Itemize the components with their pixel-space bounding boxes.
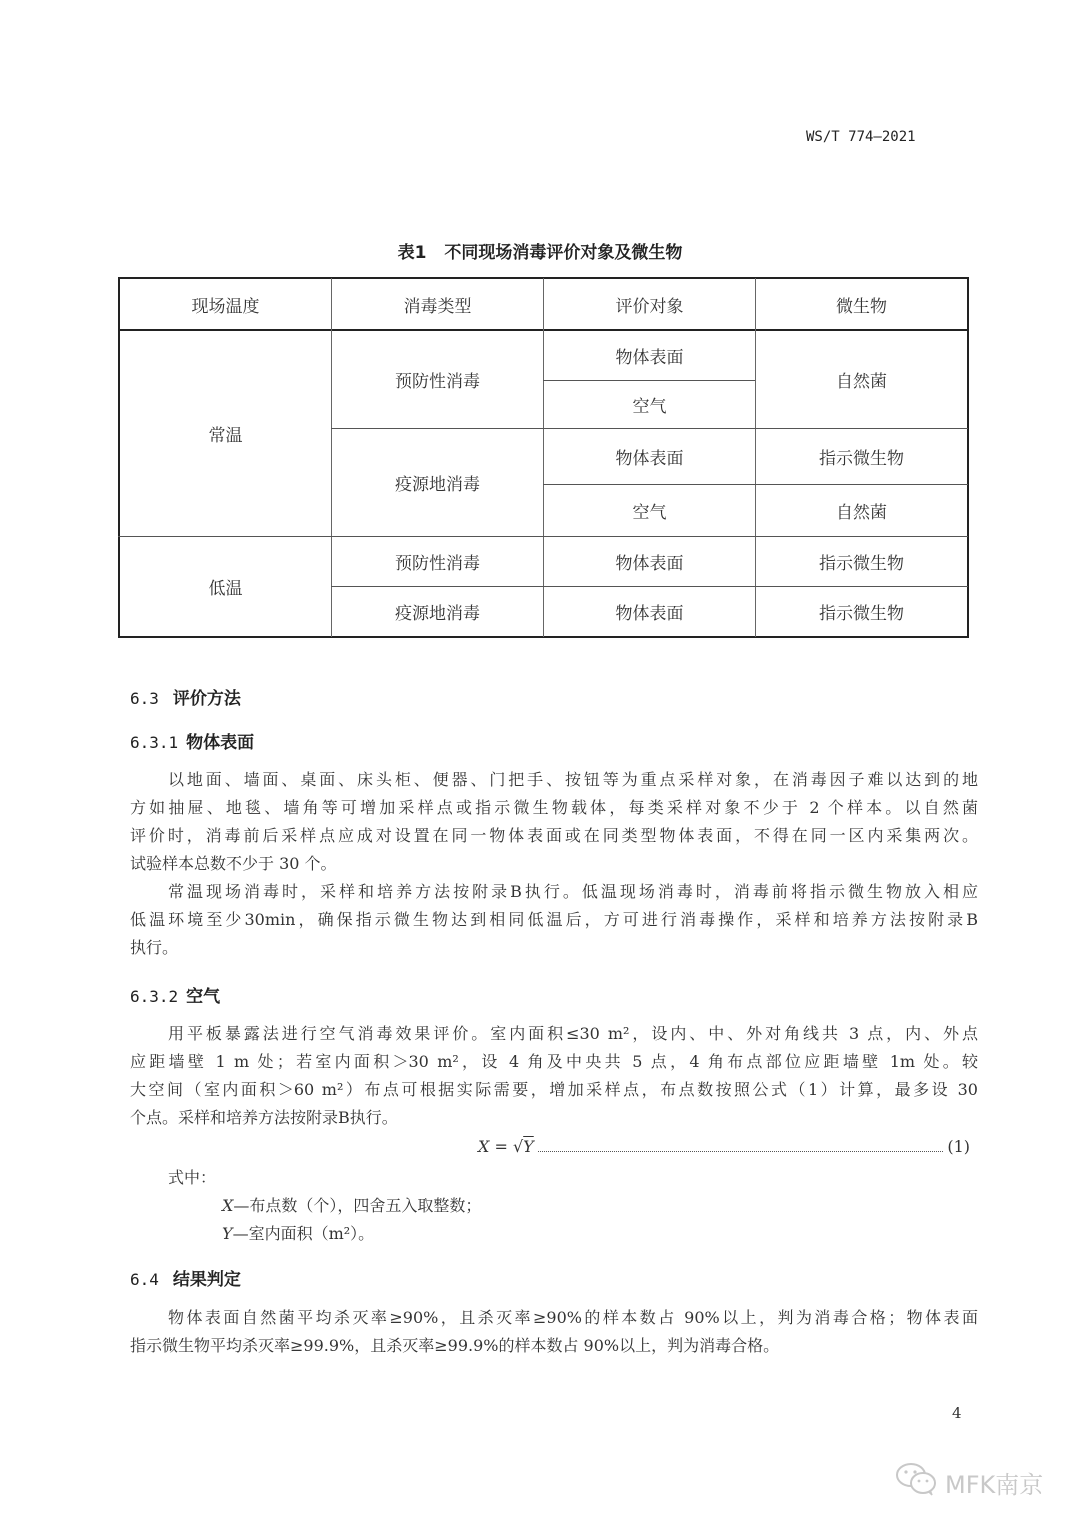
section-heading-6-4: 6.4结果判定 <box>130 1265 241 1290</box>
wechat-icon <box>895 1462 939 1502</box>
formula-where-label: 式中： <box>168 1165 216 1188</box>
table-cell-object: 物体表面 <box>544 429 755 484</box>
table-border-right <box>967 277 969 638</box>
table-header-temperature: 现场温度 <box>120 279 331 330</box>
table-cell-object: 空气 <box>544 485 755 536</box>
table-cell-temperature: 低温 <box>120 537 331 636</box>
table-cell-type: 疫源地消毒 <box>332 429 543 536</box>
table-cell-microbe: 指示微生物 <box>756 537 967 586</box>
table-header-object: 评价对象 <box>544 279 755 330</box>
table-border-bottom <box>118 636 969 638</box>
section-heading-6-3-1: 6.3.1物体表面 <box>130 728 254 753</box>
formula-1: X = √Y (1) <box>478 1137 970 1156</box>
paragraph-result-judgement: 物体表面自然菌平均杀灭率≥90%，且杀灭率≥90%的样本数占 90%以上，判为消… <box>130 1304 978 1360</box>
table-title: 不同现场消毒评价对象及微生物 <box>444 243 682 263</box>
paragraph-air-sampling: 用平板暴露法进行空气消毒效果评价。室内面积≤30 m²，设内、中、外对角线共 3… <box>130 1020 978 1132</box>
table-cell-microbe: 自然菌 <box>756 331 967 428</box>
table-cell-microbe: 指示微生物 <box>756 587 967 636</box>
section-heading-6-3: 6.3评价方法 <box>130 684 241 709</box>
table-cell-type: 预防性消毒 <box>332 537 543 586</box>
formula-number: (1) <box>947 1137 970 1156</box>
table-cell-microbe: 指示微生物 <box>756 429 967 484</box>
table-cell-object: 空气 <box>544 381 755 428</box>
table-cell-object: 物体表面 <box>544 331 755 380</box>
paragraph-surface-sampling: 以地面、墙面、桌面、床头柜、便器、门把手、按钮等为重点采样对象，在消毒因子难以达… <box>130 766 978 878</box>
evaluation-table <box>0 0 1080 1526</box>
table-cell-temperature: 常温 <box>120 331 331 536</box>
formula-leader-dots <box>538 1151 944 1152</box>
table-cell-object: 物体表面 <box>544 587 755 636</box>
watermark: MFK南京 <box>895 1462 1043 1502</box>
table-cell-type: 预防性消毒 <box>332 331 543 428</box>
standard-code: WS/T 774—2021 <box>806 129 916 145</box>
table-header-type: 消毒类型 <box>332 279 543 330</box>
page-number: 4 <box>952 1404 962 1422</box>
table-cell-type: 疫源地消毒 <box>332 587 543 636</box>
watermark-text: MFK南京 <box>945 1465 1043 1500</box>
table-cell-object: 物体表面 <box>544 537 755 586</box>
table-number: 表1 <box>398 243 427 263</box>
formula-variable-x: X—布点数（个），四舍五入取整数； <box>222 1193 481 1216</box>
section-heading-6-3-2: 6.3.2空气 <box>130 982 220 1007</box>
table-header-microbe: 微生物 <box>756 279 967 330</box>
table-caption: 表1不同现场消毒评价对象及微生物 <box>0 238 1080 263</box>
paragraph-surface-method: 常温现场消毒时，采样和培养方法按附录B执行。低温现场消毒时，消毒前将指示微生物放… <box>130 878 978 962</box>
formula-expression: X = √Y <box>478 1137 534 1156</box>
formula-variable-y: Y—室内面积（m²）。 <box>222 1221 374 1244</box>
table-cell-microbe: 自然菌 <box>756 485 967 536</box>
